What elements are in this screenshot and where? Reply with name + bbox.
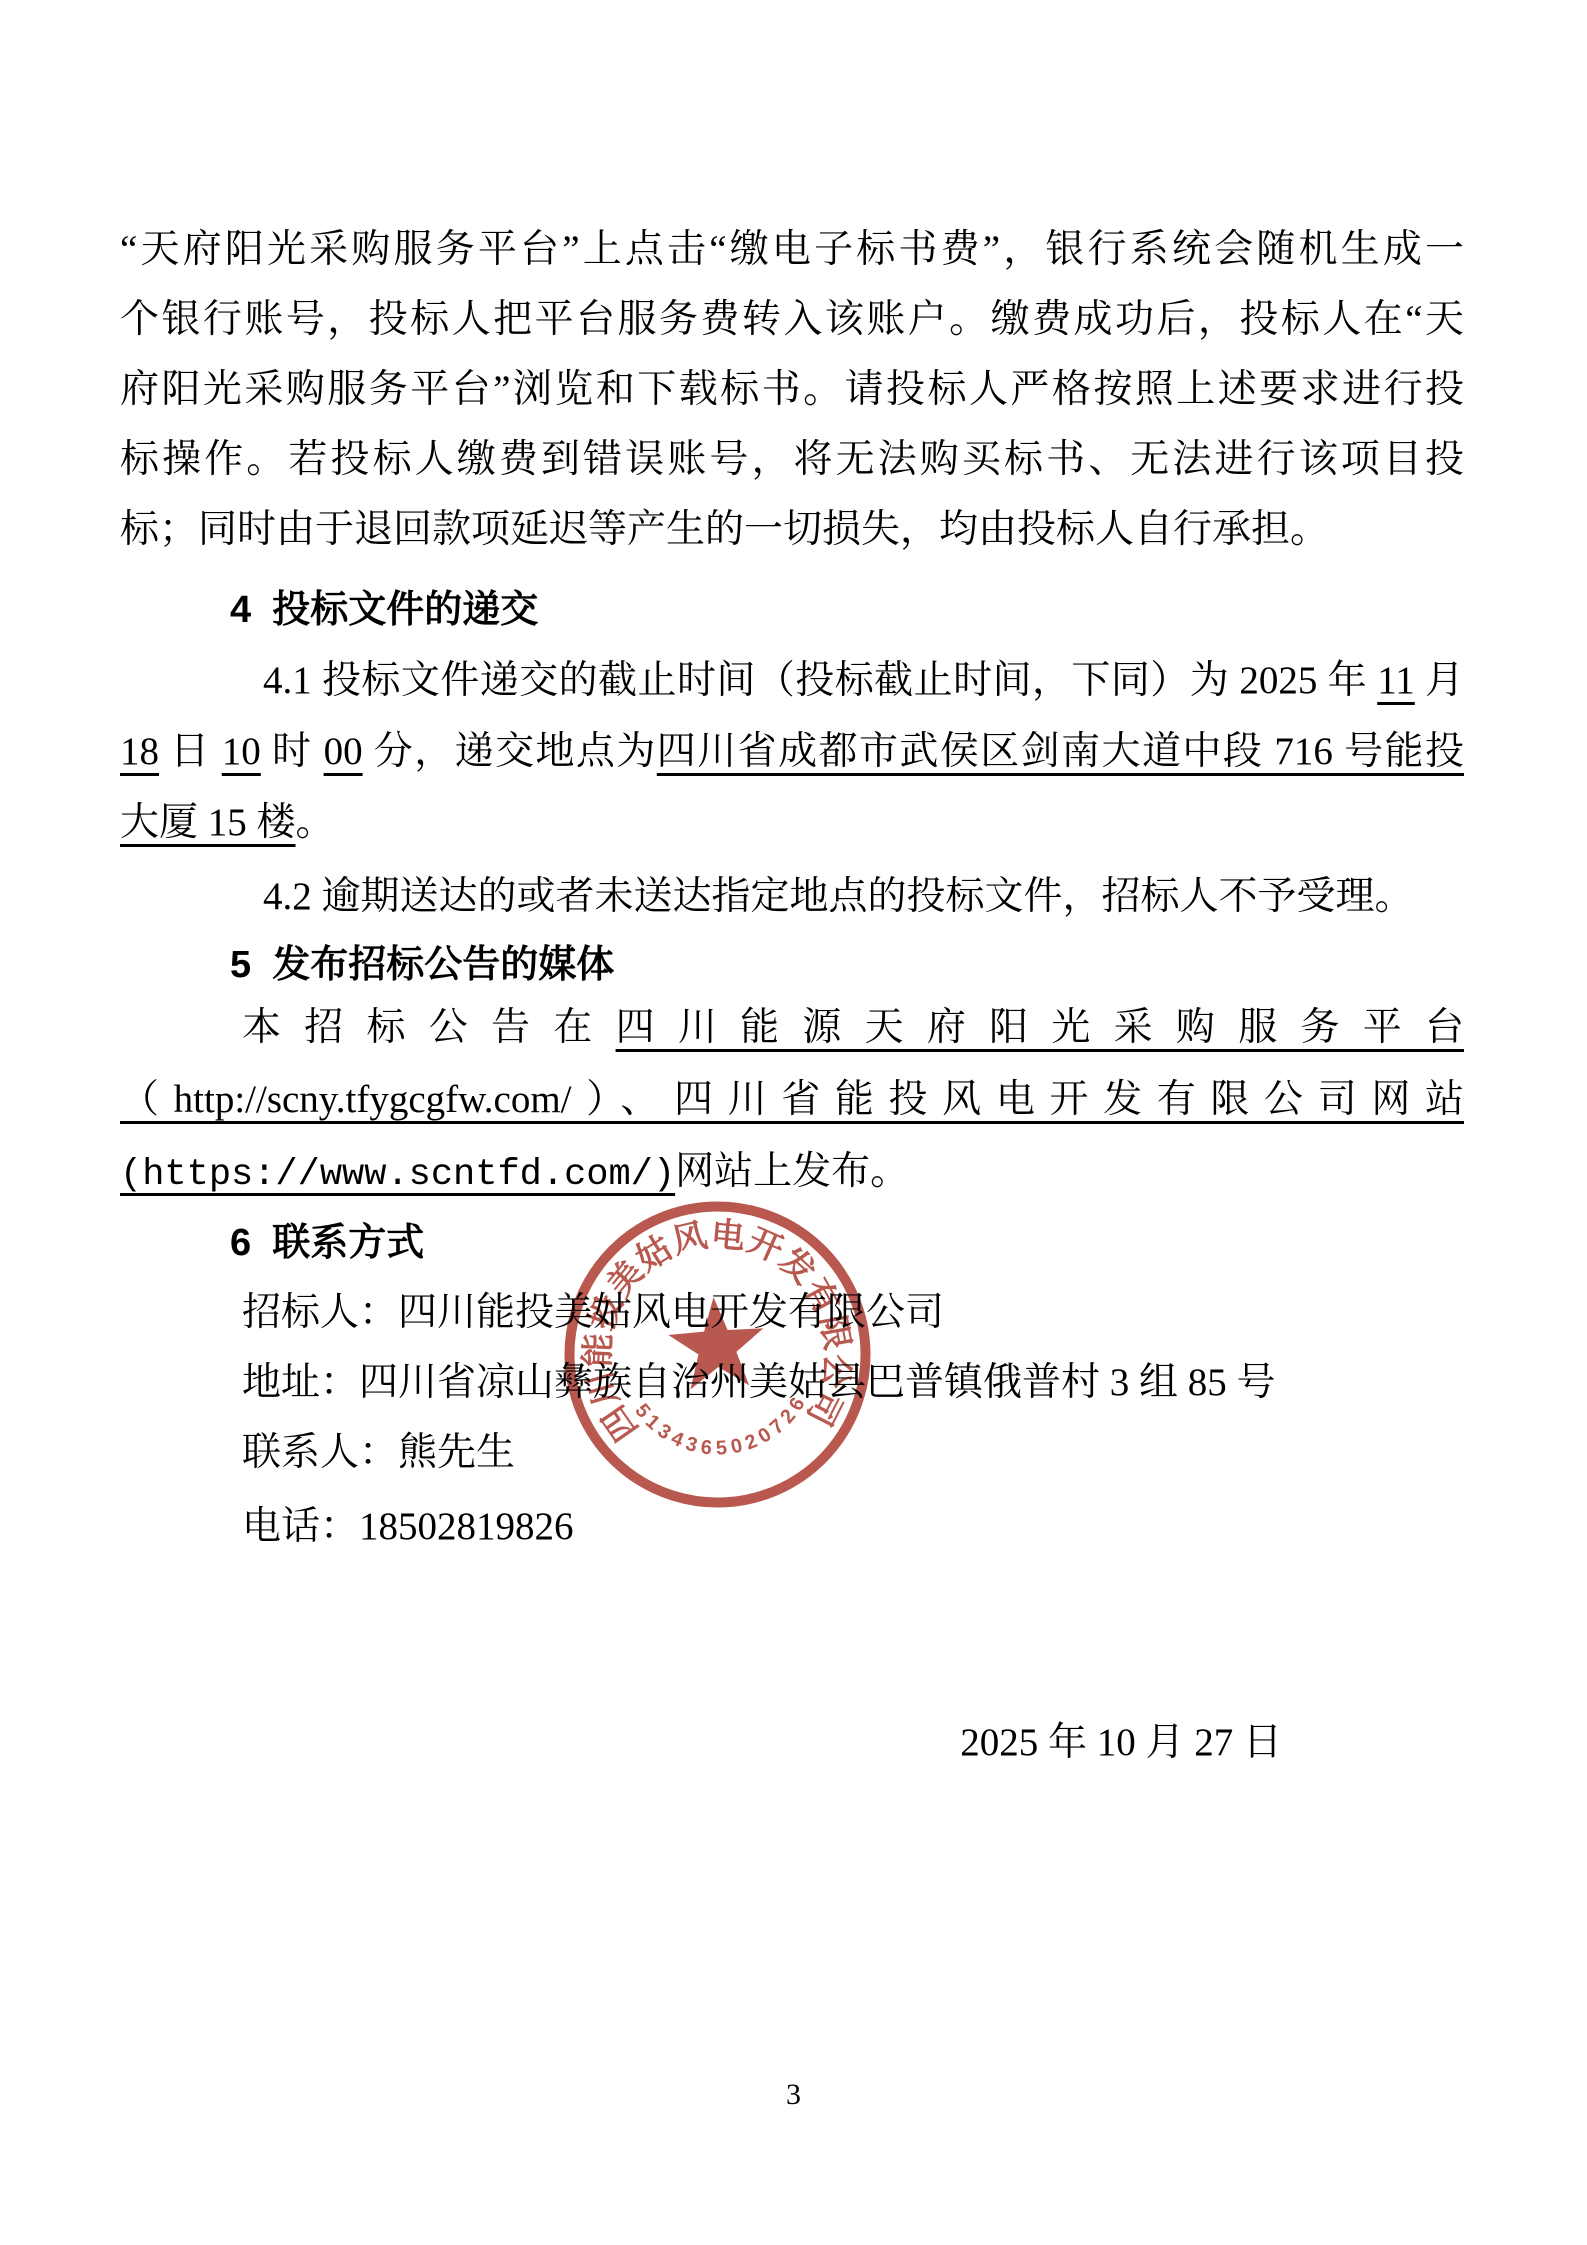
document-date: 2025 年 10 月 27 日 [0,1708,1282,1778]
delivery-address-part-2: 大厦 15 楼 [120,801,296,844]
document-page: “天府阳光采购服务平台”上点击“缴电子标书费”，银行系统会随机生成一 个银行账号… [0,0,1587,2245]
day-suffix: 日 [159,730,222,773]
intro-line-1: “天府阳光采购服务平台”上点击“缴电子标书费”，银行系统会随机生成一 [120,215,1464,285]
media-intro-text: 本招标公告在 [242,1006,616,1049]
clause-4-2: 4.2 逾期送达的或者未送达指定地点的投标文件，招标人不予受理。 [120,862,1464,932]
deadline-month-value: 11 [1377,659,1415,702]
sentence-period: 。 [296,801,335,844]
delivery-address-part-1: 四川省成都市武侯区剑南大道中段 716 号能投 [657,730,1464,773]
media-line-2: （http://scny.tfygcgfw.com/）、四川省能投风电开发有限公… [120,1065,1464,1135]
platform-url-and-company-site: （http://scny.tfygcgfw.com/）、四川省能投风电开发有限公… [120,1078,1464,1121]
section-4-heading: 4 投标文件的递交 [120,575,1464,645]
clause-4-1-text: 4.1 投标文件递交的截止时间（投标截止时间，下同）为 2025 年 [263,659,1377,702]
clause-4-1-line-2: 18 日 10 时 00 分，递交地点为四川省成都市武侯区剑南大道中段 716 … [120,717,1464,787]
intro-line-2: 个银行账号，投标人把平台服务费转入该账户。缴费成功后，投标人在“天 [120,285,1464,355]
intro-line-4-text: 标操作。若投标人缴费到错误账号，将无法购买标书、无法进行该项目投 [120,438,1464,481]
deadline-day-value: 18 [120,730,159,773]
platform-name: 四川能源天府阳光采购服务平台 [616,1006,1464,1049]
intro-line-4: 标操作。若投标人缴费到错误账号，将无法购买标书、无法进行该项目投 [120,425,1464,495]
deadline-hour-value: 10 [222,730,261,773]
intro-line-3: 府阳光采购服务平台”浏览和下载标书。请投标人严格按照上述要求进行投 [120,355,1464,425]
delivery-place-label: 分，递交地点为 [363,730,657,773]
clause-4-1-line-1: 4.1 投标文件递交的截止时间（投标截止时间，下同）为 2025 年 11 月 [120,646,1464,716]
page-number: 3 [0,2077,1587,2113]
publish-suffix-text: 网站上发布。 [675,1150,909,1193]
media-line-1: 本招标公告在四川能源天府阳光采购服务平台 [120,993,1464,1063]
intro-line-5: 标；同时由于退回款项延迟等产生的一切损失，均由投标人自行承担。 [120,495,1464,565]
intro-line-3-text: 府阳光采购服务平台”浏览和下载标书。请投标人严格按照上述要求进行投 [120,368,1464,411]
hour-suffix: 时 [261,730,324,773]
intro-line-2-text: 个银行账号，投标人把平台服务费转入该账户。缴费成功后，投标人在“天 [120,298,1464,341]
month-suffix: 月 [1415,659,1464,702]
intro-line-1-text: “天府阳光采购服务平台”上点击“缴电子标书费”，银行系统会随机生成一 [120,228,1464,271]
seal-star [666,1294,767,1391]
intro-line-5-text: 标；同时由于退回款项延迟等产生的一切损失，均由投标人自行承担。 [120,508,1329,551]
clause-4-1-line-3: 大厦 15 楼。 [120,788,1464,858]
deadline-minute-value: 00 [324,730,363,773]
seal-serial-number: 5134365020726 [629,1388,815,1465]
section-5-heading: 5 发布招标公告的媒体 [120,930,1464,1000]
company-site-url: (https://www.scntfd.com/) [120,1154,675,1196]
company-seal-stamp: 四川能投美姑风电开发有限公司 5134365020726 [549,1186,885,1522]
